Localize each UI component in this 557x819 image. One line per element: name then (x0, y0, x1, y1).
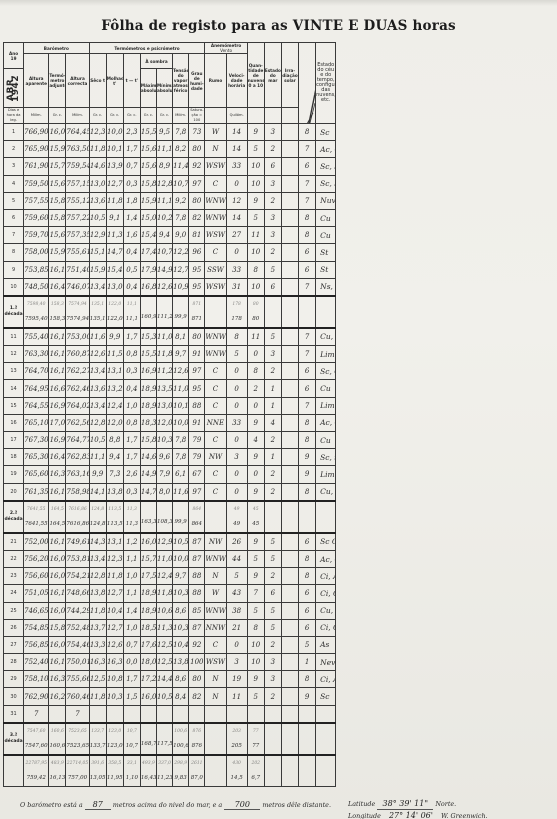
cell-ap: 765,30 (24, 449, 49, 466)
table-row: 21752,0016,1749,6114,313,11,216,012,910,… (4, 533, 554, 551)
cell-v: 14 (226, 124, 247, 141)
cell-vis: 7 (299, 346, 316, 363)
cell-vis: 7 (299, 278, 316, 296)
day-number: 17 (4, 432, 24, 449)
barometer-note: O barómetro está a 87 metros acima do ni… (20, 800, 331, 810)
sky-state-cell: St (316, 261, 336, 278)
cell-h: 82 (189, 209, 205, 226)
cell-ta: 15,8 (49, 619, 66, 636)
cell-mn: 12,5 (157, 636, 173, 653)
cell-mar: 5 (264, 328, 281, 346)
decade-h: 876876 (189, 723, 205, 755)
table-row: 9753,8516,1751,4015,915,40,517,914,912,7… (4, 261, 554, 278)
cell-mn: 10,5 (157, 688, 173, 705)
cell-ta: 16,1 (49, 363, 66, 380)
sky-state-cell: Cu (316, 432, 336, 449)
cell-mx: 15,4 (140, 227, 156, 244)
decade-s: 133,7133,7 (89, 723, 106, 755)
cell-ac: 762,46 (66, 380, 89, 397)
sky-state-cell: Sc, St, chuva fraca intermitente (316, 158, 336, 175)
cell-mar: 1 (264, 380, 281, 397)
decade-label: 2.ª década (4, 501, 24, 533)
cell-ac: 762,83 (66, 449, 89, 466)
cell-n: 5 (247, 550, 264, 567)
cell-mn: 10,3 (157, 432, 173, 449)
thermometer-header: Termómetros e psicrómetro (89, 43, 205, 54)
sky-state-cell: Cu, Cb, chuviscos leves na ultima hora (316, 328, 336, 346)
cell-r (205, 705, 226, 723)
decade-n: 7777 (247, 723, 264, 755)
table-row: 12763,3016,1760,8712,611,50,815,511,89,7… (4, 346, 554, 363)
cell-m: 16,3 (106, 654, 123, 671)
sky-state-cell: Ac, Cu (316, 414, 336, 431)
cell-df: 1,0 (123, 397, 140, 414)
cell-ir (281, 261, 298, 278)
cell-vis: 8 (299, 414, 316, 431)
day-number: 31 (4, 705, 24, 723)
cell-mx: 16,0 (140, 688, 156, 705)
decade-label: 3.ª década (4, 723, 24, 755)
barometer-header: Barómetro (24, 43, 89, 54)
cell-vis: 9 (299, 688, 316, 705)
cell-tv: 7,8 (173, 449, 189, 466)
cell-vis: 8 (299, 209, 316, 226)
cell-h: 91 (189, 346, 205, 363)
decade-df: 11,311,3 (123, 501, 140, 533)
cell-df: 0,3 (123, 175, 140, 192)
cell-mx: 18,0 (140, 654, 156, 671)
cell-r: WSW (205, 654, 226, 671)
cell-vis: 6 (299, 158, 316, 175)
day-number: 26 (4, 619, 24, 636)
decade-m: 123,0123,0 (106, 723, 123, 755)
cell-mar: 2 (264, 432, 281, 449)
cell-mx: 15,8 (140, 432, 156, 449)
cell-mx: 16,8 (140, 278, 156, 296)
cell-tv (173, 705, 189, 723)
cell-s: 11,6 (89, 328, 106, 346)
observation-table: Ano 19 Barómetro Termómetros e psicrómet… (3, 42, 554, 787)
day-number: 30 (4, 688, 24, 705)
cell-df: 1,5 (123, 688, 140, 705)
cell-vis: 1 (299, 654, 316, 671)
cell-ap: 765,60 (24, 466, 49, 483)
decade-summary-row: 1.ª década7598,407595,40158,3158,37574,9… (4, 296, 554, 328)
cell-ir (281, 602, 298, 619)
cell-h: 81 (189, 227, 205, 244)
cell-ta: 17,0 (49, 414, 66, 431)
cell-mar: 3 (264, 175, 281, 192)
decade-m: 113,5113,5 (106, 501, 123, 533)
cell-ir (281, 671, 298, 688)
cell-ap: 759,60 (24, 209, 49, 226)
table-row: 27756,8516,0754,4613,312,60,717,612,510,… (4, 636, 554, 653)
cell-mx: 17,6 (140, 636, 156, 653)
decade-mx: 160,9 (140, 296, 156, 328)
cell-ta: 16,3 (49, 466, 66, 483)
cell-mar: 2 (264, 483, 281, 501)
cell-ac: 764,45 (66, 124, 89, 141)
cell-vis: 6 (299, 619, 316, 636)
distance-field: 700 (224, 800, 260, 810)
decade-s: 135,1135,1 (89, 296, 106, 328)
cell-ac: 753,81 (66, 550, 89, 567)
cell-mar: 5 (264, 261, 281, 278)
cell-ta: 16,9 (49, 397, 66, 414)
cell-df: 0,3 (123, 483, 140, 501)
cell-mx: 17,2 (140, 671, 156, 688)
cell-ta: 16,0 (49, 568, 66, 585)
total-m: 358,511,95 (106, 755, 123, 787)
cell-mn: 12,0 (157, 414, 173, 431)
cell-df: 2,6 (123, 466, 140, 483)
cell-n: 10 (247, 654, 264, 671)
cell-mn (157, 705, 173, 723)
cell-m: 8,8 (106, 432, 123, 449)
cell-vis: 6 (299, 585, 316, 602)
sky-state-cell: Nuvens indistintas (316, 192, 336, 209)
decade-s: 124,8124,8 (89, 501, 106, 533)
cell-m: 10,0 (106, 124, 123, 141)
cell-ir (281, 705, 298, 723)
cell-h: 95 (189, 261, 205, 278)
table-row: 8758,0015,9755,6115,114,70,417,410,712,2… (4, 244, 554, 261)
cell-ap: 752,00 (24, 533, 49, 551)
observation-rows: 1766,9016,0764,4512,310,02,315,59,57,873… (4, 124, 554, 787)
cell-m: 9,9 (106, 328, 123, 346)
total-ap: 22787,95759,42 (24, 755, 49, 787)
table-row: 28752,4016,1750,0116,316,30,018,012,513,… (4, 654, 554, 671)
cell-ap: 759,50 (24, 175, 49, 192)
cell-mn: 8,9 (157, 158, 173, 175)
cell-mx: 15,6 (140, 141, 156, 158)
cell-ac: 762,27 (66, 363, 89, 380)
cell-ap: 758,10 (24, 671, 49, 688)
cell-tv: 8,2 (173, 141, 189, 158)
cell-df: 1,2 (123, 533, 140, 551)
cell-ac: 7 (66, 705, 89, 723)
cell-ac: 764,02 (66, 397, 89, 414)
day-number: 2 (4, 141, 24, 158)
day-number: 21 (4, 533, 24, 551)
sky-state-cell: Ci, Cu, Cb, chuviscos leves de chuva (316, 585, 336, 602)
cell-df: 1,0 (123, 619, 140, 636)
cell-h: 97 (189, 175, 205, 192)
cell-mn: 9,4 (157, 227, 173, 244)
cell-m: 10,4 (106, 602, 123, 619)
cell-h: 67 (189, 466, 205, 483)
total-ac: 22714,05757,00 (66, 755, 89, 787)
cell-vis: 7 (299, 192, 316, 209)
cell-s: 12,5 (89, 671, 106, 688)
cell-df: 2,3 (123, 124, 140, 141)
day-number: 19 (4, 466, 24, 483)
cell-v: 26 (226, 533, 247, 551)
cell-df: 1,4 (123, 602, 140, 619)
day-number: 28 (4, 654, 24, 671)
total-s: 391,613,05 (89, 755, 106, 787)
cell-mar: 6 (264, 278, 281, 296)
cell-ir (281, 466, 298, 483)
cell-ta: 16,2 (49, 688, 66, 705)
cell-mar: 2 (264, 568, 281, 585)
cell-m: 13,0 (106, 278, 123, 296)
cell-n: 0 (247, 466, 264, 483)
cell-r: W (205, 585, 226, 602)
cell-s: 14,3 (89, 533, 106, 551)
cell-vis: 7 (299, 328, 316, 346)
cell-vis: 8 (299, 124, 316, 141)
cell-v: 0 (226, 466, 247, 483)
cell-mx: 14,7 (140, 483, 156, 501)
cell-ac: 754,21 (66, 568, 89, 585)
cell-ta: 16,0 (49, 636, 66, 653)
decade-ta: 158,3158,3 (49, 296, 66, 328)
cell-m: 7,3 (106, 466, 123, 483)
cell-h: 97 (189, 363, 205, 380)
cell-ap: 748,50 (24, 278, 49, 296)
decade-tv: 100,6100,6 (173, 723, 189, 755)
latitude-field: 38° 39' 11" (377, 798, 433, 810)
cell-ac: 749,61 (66, 533, 89, 551)
sky-state-header: Estado do céu e do tempo, configuração d… (316, 43, 336, 124)
footer: O barómetro está a 87 metros acima do ni… (0, 796, 557, 819)
cell-mar: 5 (264, 550, 281, 567)
cell-mn: 13,0 (157, 397, 173, 414)
cell-mar: 3 (264, 671, 281, 688)
cell-df: 1,7 (123, 328, 140, 346)
decade-v: 203205 (226, 723, 247, 755)
cell-r: N (205, 568, 226, 585)
cell-v: 0 (226, 483, 247, 501)
sky-state-cell: Sc, Cu, St (316, 363, 336, 380)
cell-s: 15,9 (89, 261, 106, 278)
cell-mar: 2 (264, 244, 281, 261)
cell-v: 0 (226, 636, 247, 653)
table-row: 7759,7015,6757,3512,911,31,615,49,49,081… (4, 227, 554, 244)
total-h: 261187,0 (189, 755, 205, 787)
cell-v: 0 (226, 244, 247, 261)
decade-tv: 99,9 (173, 296, 189, 328)
cell-ir (281, 688, 298, 705)
table-row: 17767,3016,9764,7710,58,81,715,810,37,87… (4, 432, 554, 449)
cell-ir (281, 432, 298, 449)
cell-ir (281, 533, 298, 551)
cell-s: 9,9 (89, 466, 106, 483)
cell-r: WNW (205, 602, 226, 619)
cell-mx: 15,8 (140, 175, 156, 192)
table-row: 3761,9015,7759,5414,613,90,715,68,911,49… (4, 158, 554, 175)
cell-s (89, 705, 106, 723)
day-number: 13 (4, 363, 24, 380)
cell-n: 7 (247, 585, 264, 602)
cell-r: C (205, 483, 226, 501)
cell-ac: 764,77 (66, 432, 89, 449)
cell-n: 9 (247, 449, 264, 466)
cell-tv: 9,0 (173, 227, 189, 244)
day-number: 1 (4, 124, 24, 141)
cell-h: 73 (189, 124, 205, 141)
decade-mn: 117,5 (157, 723, 173, 755)
longitude-field: 27° 14' 06' (383, 810, 439, 819)
cell-s: 14,6 (89, 158, 106, 175)
cell-n: 9 (247, 124, 264, 141)
cell-vis: 6 (299, 533, 316, 551)
cell-ir (281, 636, 298, 653)
cell-m: 13,8 (106, 483, 123, 501)
cell-n: 4 (247, 432, 264, 449)
sky-state-cell: Ns, St, chuva fraca na ultima hora (316, 278, 336, 296)
cell-v: 3 (226, 449, 247, 466)
cell-mx: 16,9 (140, 363, 156, 380)
cell-h: 97 (189, 483, 205, 501)
month-year-cell: ABR. 1942 (4, 69, 24, 108)
cell-ap: 763,30 (24, 346, 49, 363)
cell-df: 0,8 (123, 414, 140, 431)
cell-ta: 16,0 (49, 602, 66, 619)
cell-m: 13,1 (106, 533, 123, 551)
cell-ap: 765,90 (24, 141, 49, 158)
decade-df: 11,111,1 (123, 296, 140, 328)
cell-h: 87 (189, 619, 205, 636)
cell-m: 10,8 (106, 671, 123, 688)
cell-ac: 750,01 (66, 654, 89, 671)
cell-s: 16,3 (89, 654, 106, 671)
cell-ap: 756,85 (24, 636, 49, 653)
cell-vis: 6 (299, 380, 316, 397)
day-number: 18 (4, 449, 24, 466)
cell-v: 33 (226, 414, 247, 431)
year-header: Ano 19 (4, 43, 24, 69)
cell-m: 12,7 (106, 175, 123, 192)
day-number: 4 (4, 175, 24, 192)
cell-s: 11,8 (89, 141, 106, 158)
cell-df: 1,8 (123, 192, 140, 209)
cell-ta: 16,1 (49, 533, 66, 551)
cell-ap: 758,00 (24, 244, 49, 261)
day-number: 8 (4, 244, 24, 261)
cell-mar (264, 705, 281, 723)
cell-h: 82 (189, 688, 205, 705)
cell-r: NW (205, 449, 226, 466)
cell-mn: 11,3 (157, 619, 173, 636)
cell-ac: 755,66 (66, 671, 89, 688)
cell-tv: 6,1 (173, 466, 189, 483)
cell-mx: 18,3 (140, 414, 156, 431)
table-row: 14764,9516,6762,4613,613,20,418,913,511,… (4, 380, 554, 397)
cell-tv: 13,8 (173, 654, 189, 671)
cell-s: 13,4 (89, 278, 106, 296)
cell-mar: 1 (264, 449, 281, 466)
cell-ta: 15,9 (49, 244, 66, 261)
cell-ap: 755,40 (24, 328, 49, 346)
cell-mx: 17,5 (140, 568, 156, 585)
cell-mn: 12,6 (157, 278, 173, 296)
cell-n: 10 (247, 175, 264, 192)
cell-mx: 18,9 (140, 602, 156, 619)
cell-m: 10,1 (106, 141, 123, 158)
cell-v: 33 (226, 158, 247, 175)
cell-vis: 6 (299, 363, 316, 380)
cell-h: 88 (189, 585, 205, 602)
cell-ta: 16,0 (49, 550, 66, 567)
cell-ap: 751,05 (24, 585, 49, 602)
cell-ta: 16,1 (49, 261, 66, 278)
sea-state-header: Estado do mar (264, 43, 281, 108)
cell-r: N (205, 671, 226, 688)
cell-n: 10 (247, 244, 264, 261)
cell-m: 13,1 (106, 363, 123, 380)
table-row: 20761,3516,1758,9814,113,80,314,78,011,6… (4, 483, 554, 501)
cell-n: 8 (247, 619, 264, 636)
cell-tv: 12,6 (173, 363, 189, 380)
cell-m: 9,4 (106, 449, 123, 466)
day-number: 24 (4, 585, 24, 602)
cell-tv: 11,4 (173, 158, 189, 175)
cell-vis: 8 (299, 671, 316, 688)
cell-n: 11 (247, 227, 264, 244)
cell-vis: 6 (299, 261, 316, 278)
cell-tv: 7,8 (173, 124, 189, 141)
cell-ta: 16,1 (49, 585, 66, 602)
cell-v: 44 (226, 550, 247, 567)
cell-h: 80 (189, 141, 205, 158)
table-row: 10748,5016,4746,0713,413,00,416,812,610,… (4, 278, 554, 296)
cell-h: 80 (189, 192, 205, 209)
day-number: 7 (4, 227, 24, 244)
decade-h: 871871 (189, 296, 205, 328)
cell-ap: 756,20 (24, 550, 49, 567)
cell-vis: 7 (299, 397, 316, 414)
table-row: 16765,1017,0762,5612,812,00,818,312,010,… (4, 414, 554, 431)
sky-state-cell: Sc (316, 124, 336, 141)
cell-n: 10 (247, 158, 264, 175)
sky-state-cell: Cu (316, 380, 336, 397)
cell-ap: 752,40 (24, 654, 49, 671)
cell-s: 14,1 (89, 483, 106, 501)
cell-tv: 9,2 (173, 192, 189, 209)
table-row: 29758,1016,3755,6612,510,81,717,214,48,6… (4, 671, 554, 688)
sky-state-cell: Cu, Cb, chuviscos fracos de chuva (316, 602, 336, 619)
cell-r: NNW (205, 619, 226, 636)
cell-mn: 14,9 (157, 261, 173, 278)
cell-mx: 14,6 (140, 449, 156, 466)
cell-df: 0,0 (123, 654, 140, 671)
cell-n: 9 (247, 671, 264, 688)
cell-df: 1,7 (123, 671, 140, 688)
cell-mn: 12,9 (157, 533, 173, 551)
cell-ta: 16,1 (49, 654, 66, 671)
cell-ir (281, 158, 298, 175)
cell-s: 10,5 (89, 432, 106, 449)
cell-r: SSW (205, 261, 226, 278)
cell-r: WNW (205, 346, 226, 363)
cell-r: WSW (205, 278, 226, 296)
cell-ir (281, 175, 298, 192)
cell-h: 95 (189, 278, 205, 296)
cell-vis: 9 (299, 449, 316, 466)
cell-mx: 15,6 (140, 158, 156, 175)
cell-tv: 9,7 (173, 346, 189, 363)
cell-ac: 762,56 (66, 414, 89, 431)
cell-tv: 9,7 (173, 568, 189, 585)
sky-state-cell: Ci, Ac, Cu (316, 568, 336, 585)
cell-mx: 15,5 (140, 346, 156, 363)
cell-v: 31 (226, 278, 247, 296)
cell-ap: 764,55 (24, 397, 49, 414)
decade-tv: 99,9 (173, 501, 189, 533)
cell-n: 5 (247, 209, 264, 226)
